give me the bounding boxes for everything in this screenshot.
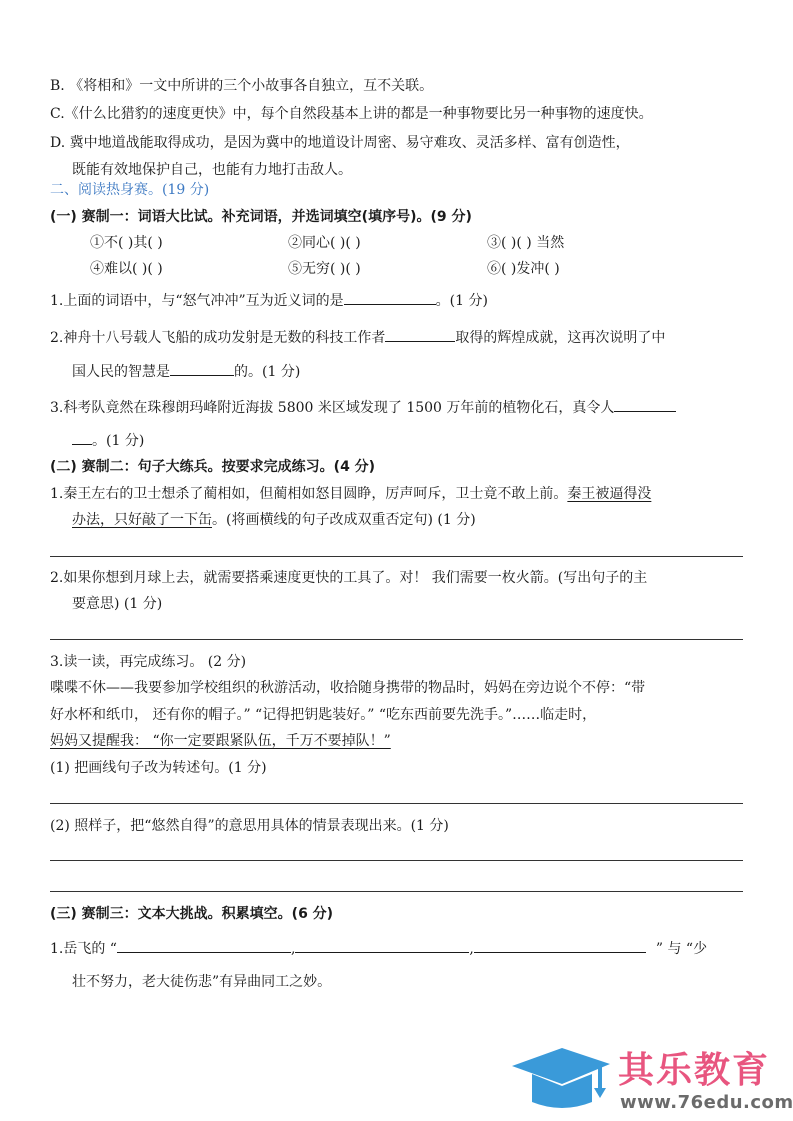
question-3-1: 1.岳飞的 “,,” 与 “少 xyxy=(50,938,707,959)
word-item-2: ②同心( )( ) xyxy=(288,233,361,253)
option-d-line2: 既能有效地保护自己，也能有力地打击敌人。 xyxy=(72,160,352,180)
word-item-3: ③( )( ) 当然 xyxy=(487,233,564,253)
answer-blank[interactable] xyxy=(170,361,234,376)
answer-blank[interactable] xyxy=(614,397,676,412)
graduation-cap-icon xyxy=(510,1044,614,1114)
question-text: 1.秦王左右的卫士想杀了蔺相如，但蔺相如怒目圆睁，厉声呵斥，卫士竟不敢上前。 xyxy=(50,486,567,502)
answer-line[interactable] xyxy=(50,891,743,892)
question-text: 3.科考队竟然在珠穆朗玛峰附近海拔 5800 米区域发现了 1500 万年前的植… xyxy=(50,400,614,416)
word-item-6: ⑥( )发冲( ) xyxy=(487,259,560,279)
question-2-1-line2: 办法，只好敲了一下缶。(将画横线的句子改成双重否定句) (1 分) xyxy=(72,510,476,530)
question-1-2-line2: 国人民的智慧是的。(1 分) xyxy=(72,361,300,382)
watermark-url: www.76edu.com xyxy=(620,1092,793,1113)
option-b: B. 《将相和》一文中所讲的三个小故事各自独立，互不关联。 xyxy=(50,76,433,96)
option-c: C.《什么比猎豹的速度更快》中，每个自然段基本上讲的都是一种事物要比另一种事物的… xyxy=(50,104,653,124)
question-2-2: 2.如果你想到月球上去，就需要搭乘速度更快的工具了。对！ 我们需要一枚火箭。(写… xyxy=(50,568,647,588)
answer-line[interactable] xyxy=(50,639,743,640)
question-2-3-heading: 3.读一读，再完成练习。 (2 分) xyxy=(50,652,246,672)
watermark-title: 其乐教育 xyxy=(618,1042,770,1093)
answer-blank[interactable] xyxy=(385,327,455,342)
section-title: 二、阅读热身赛。(19 分) xyxy=(50,180,209,200)
watermark-logo: 其乐教育 www.76edu.com xyxy=(510,1040,790,1116)
question-2-3-sub2: (2) 照样子，把“悠然自得”的意思用具体的情景表现出来。(1 分) xyxy=(50,816,449,836)
subsection-heading-1: (一) 赛制一：词语大比试。补充词语，并选词填空(填序号)。(9 分) xyxy=(50,207,472,227)
question-points: 。(1 分) xyxy=(436,293,488,309)
option-d-line1: D. 冀中地道战能取得成功，是因为冀中的地道设计周密、易守难攻、灵活多样、富有创… xyxy=(50,133,630,153)
answer-line[interactable] xyxy=(50,556,743,557)
question-instructions: 。(将画横线的句子改成双重否定句) (1 分) xyxy=(212,512,476,528)
subsection-heading-3: (三) 赛制三：文本大挑战。积累填空。(6 分) xyxy=(50,904,333,924)
question-text: ” 与 “少 xyxy=(646,941,707,957)
passage-line-2: 好水杯和纸巾， 还有你的帽子。” “记得把钥匙装好。” “吃东西前要先洗手。”…… xyxy=(50,705,596,725)
question-text: 2.神舟十八号载人飞船的成功发射是无数的科技工作者 xyxy=(50,330,385,346)
question-text: 取得的辉煌成就，这再次说明了中 xyxy=(455,330,665,346)
question-text: 1.岳飞的 “ xyxy=(50,941,117,957)
question-1-3: 3.科考队竟然在珠穆朗玛峰附近海拔 5800 米区域发现了 1500 万年前的植… xyxy=(50,397,676,418)
passage-underlined-sentence: 妈妈又提醒我： “你一定要跟紧队伍，千万不要掉队！” xyxy=(50,731,391,751)
answer-blank[interactable] xyxy=(474,938,646,953)
question-2-2-line2: 要意思) (1 分) xyxy=(72,594,162,614)
question-2-1: 1.秦王左右的卫士想杀了蔺相如，但蔺相如怒目圆睁，厉声呵斥，卫士竟不敢上前。秦王… xyxy=(50,484,651,504)
answer-blank[interactable] xyxy=(344,290,436,305)
question-points: 。(1 分) xyxy=(92,433,144,449)
passage-line-1: 喋喋不休——我要参加学校组织的秋游活动，收拾随身携带的物品时，妈妈在旁边说个不停… xyxy=(50,678,645,698)
underlined-sentence: 秦王被逼得没 xyxy=(567,486,651,502)
answer-line[interactable] xyxy=(50,860,743,861)
answer-blank[interactable] xyxy=(117,938,291,953)
question-3-1-line2: 壮不努力，老大徒伤悲”有异曲同工之妙。 xyxy=(72,972,331,992)
word-item-5: ⑤无穷( )( ) xyxy=(288,259,361,279)
question-2-3-sub1: (1) 把画线句子改为转述句。(1 分) xyxy=(50,758,267,778)
underlined-sentence: 办法，只好敲了一下缶 xyxy=(72,512,212,528)
word-item-4: ④难以( )( ) xyxy=(90,259,163,279)
question-text: 国人民的智慧是 xyxy=(72,364,170,380)
question-1-1: 1.上面的词语中，与“怒气冲冲”互为近义词的是。(1 分) xyxy=(50,290,488,311)
question-1-2: 2.神舟十八号载人飞船的成功发射是无数的科技工作者取得的辉煌成就，这再次说明了中 xyxy=(50,327,665,348)
answer-blank[interactable] xyxy=(72,430,92,445)
word-item-1: ①不( )其( ) xyxy=(90,233,163,253)
question-text: 1.上面的词语中，与“怒气冲冲”互为近义词的是 xyxy=(50,293,344,309)
answer-line[interactable] xyxy=(50,803,743,804)
subsection-heading-2: (二) 赛制二：句子大练兵。按要求完成练习。(4 分) xyxy=(50,457,375,477)
question-points: 的。(1 分) xyxy=(234,364,300,380)
answer-blank[interactable] xyxy=(295,938,469,953)
question-1-3-line2: 。(1 分) xyxy=(72,430,144,451)
